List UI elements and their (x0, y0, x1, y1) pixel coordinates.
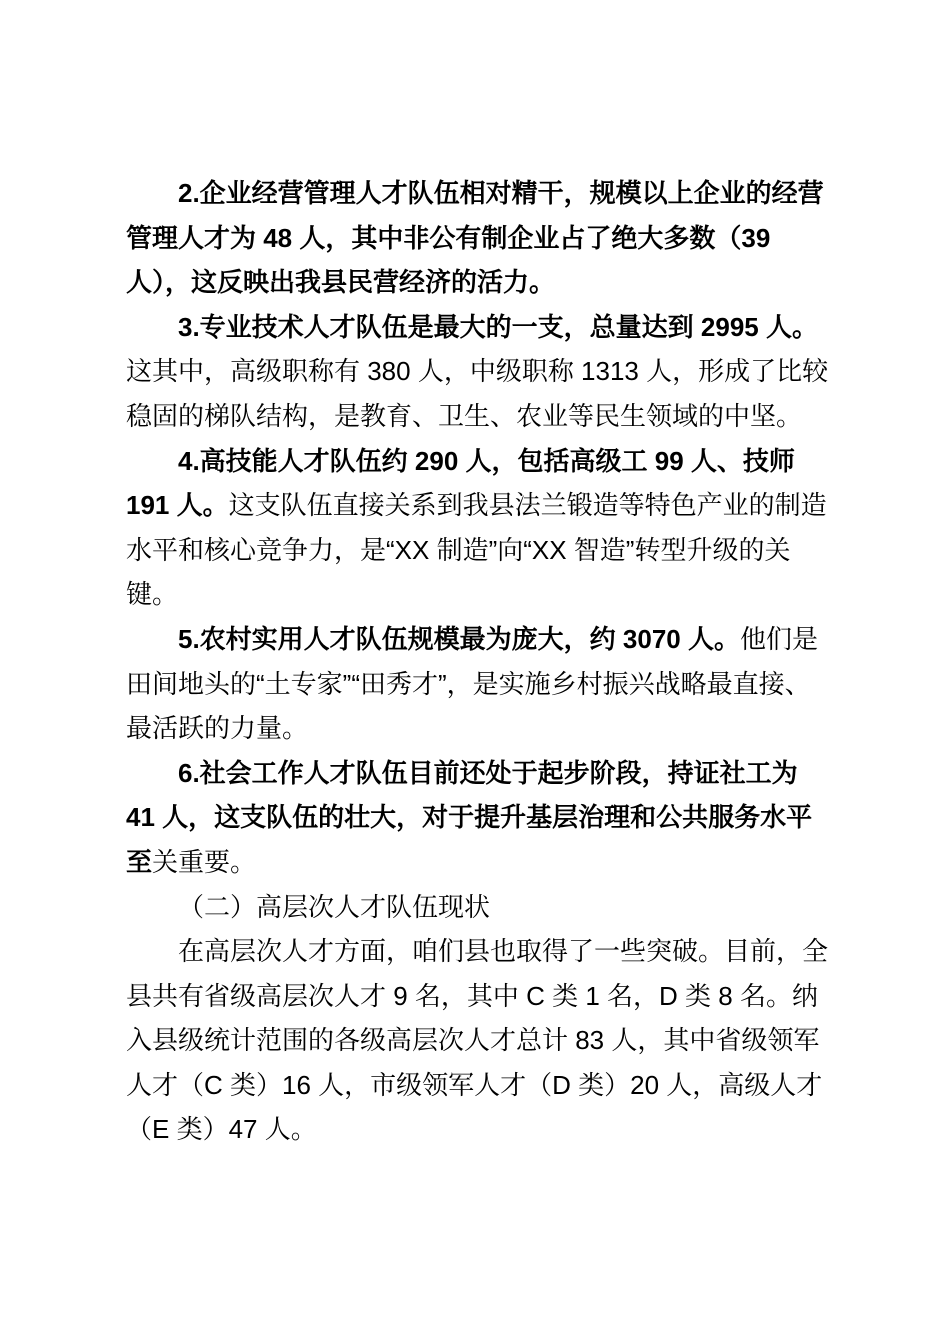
paragraph-6-regular-text: 关重要。 (152, 847, 256, 877)
paragraph-3-professional-technical-talent: 3.专业技术人才队伍是最大的一支，总量达到 2995 人。这其中，高级职称有 3… (126, 305, 830, 439)
paragraph-5-rural-practical-talent: 5.农村实用人才队伍规模最为庞大，约 3070 人。他们是田间地头的“土专家”“… (126, 617, 830, 751)
paragraph-5-bold-text: 5.农村实用人才队伍规模最为庞大，约 3070 人。 (178, 624, 740, 654)
paragraph-4-regular-text: 这支队伍直接关系到我县法兰锻造等特色产业的制造水平和核心竞争力，是“XX 制造”… (126, 490, 827, 609)
paragraph-4-high-skilled-talent: 4.高技能人才队伍约 290 人，包括高级工 99 人、技师 191 人。这支队… (126, 439, 830, 617)
paragraph-3-regular-text: 这其中，高级职称有 380 人，中级职称 1313 人，形成了比较稳固的梯队结构… (126, 356, 828, 431)
paragraph-high-level-talent-overview: 在高层次人才方面，咱们县也取得了一些突破。目前，全县共有省级高层次人才 9 名，… (126, 929, 830, 1152)
document-body: 2.企业经营管理人才队伍相对精干，规模以上企业的经营管理人才为 48 人，其中非… (126, 171, 830, 1152)
paragraph-2-enterprise-management-talent: 2.企业经营管理人才队伍相对精干，规模以上企业的经营管理人才为 48 人，其中非… (126, 171, 830, 305)
paragraph-6-social-work-talent: 6.社会工作人才队伍目前还处于起步阶段，持证社工为 41 人，这支队伍的壮大，对… (126, 751, 830, 885)
paragraph-3-bold-text: 3.专业技术人才队伍是最大的一支，总量达到 2995 人。 (178, 312, 818, 342)
document-page: 2.企业经营管理人才队伍相对精干，规模以上企业的经营管理人才为 48 人，其中非… (0, 0, 950, 1344)
paragraph-2-bold-text: 2.企业经营管理人才队伍相对精干，规模以上企业的经营管理人才为 48 人，其中非… (126, 178, 824, 297)
section-heading-high-level-talent-status: （二）高层次人才队伍现状 (126, 885, 830, 930)
